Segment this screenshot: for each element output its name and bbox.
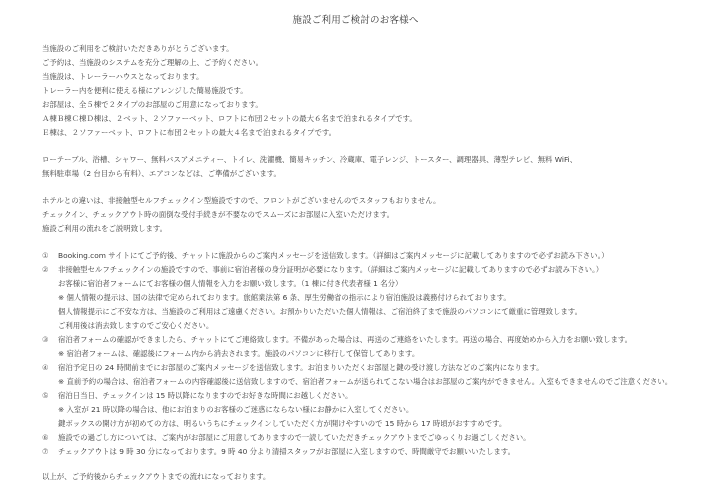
step-4-line: 宿泊予定日の 24 時間前までにお部屋のご案内メッセージを送信致します。お泊まり… <box>58 363 543 373</box>
step-3-line: 宿泊者フォームの確認ができましたら、チャットにてご連絡致します。不備があった場合… <box>58 335 632 345</box>
document-page: 施設ご利用ご検討のお客様へ 当施設のご利用をご検討いただきありがとうございます。… <box>0 0 711 500</box>
step-number-6: ⑥ <box>42 433 49 443</box>
differences-line: チェックイン、チェックアウト時の面倒な受付手続きが不要なのでスムーズにお部屋に入… <box>42 210 394 220</box>
step-5-line: 鍵ボックスの開け方が初めての方は、明るいうちにチェックインしていただく方が開けや… <box>58 419 506 429</box>
page-title: 施設ご利用ご検討のお客様へ <box>0 12 711 26</box>
step-number-4: ④ <box>42 363 49 373</box>
step-2-line: 個人情報提示にご不安な方は、当施設のご利用はご遠慮ください。お預かりいただいた個… <box>58 307 582 317</box>
differences-line: ホテルとの違いは、非接触型セルフチェックイン型施設ですので、フロントがございませ… <box>42 196 440 206</box>
differences-line: 施設ご利用の流れをご説明致します。 <box>42 224 167 234</box>
intro-line: トレーラー内を便利に使える様にアレンジした簡易施設です。 <box>42 86 248 96</box>
intro-line: Ａ棟Ｂ棟Ｃ棟Ｄ棟は、２ベット、２ソファーベット、ロフトに布団２セットの最大６名ま… <box>42 114 417 124</box>
intro-line: ご予約は、当施設のシステムを充分ご理解の上、ご予約ください。 <box>42 58 263 68</box>
step-6-line: 施設での過ごし方については、ご案内がお部屋にご用意してありますので一読していただ… <box>58 433 531 443</box>
amenities-line: ローテーブル、浴槽、シャワー、無料バスアメニティー、トイレ、洗濯機、簡易キッチン… <box>42 155 577 165</box>
intro-line: Ｅ棟は、２ソファーベット、ロフトに布団２セットの最大４名まで泊まれるタイプです。 <box>42 128 336 138</box>
step-number-5: ⑤ <box>42 391 49 401</box>
step-5-note: ※ 入室が 21 時以降の場合は、他にお泊まりのお客様のご迷惑にならない様にお静… <box>58 405 413 415</box>
step-number-7: ⑦ <box>42 447 49 457</box>
step-2-note: ※ 個人情報の提示は、国の法律で定められております。旅館業法第 6 条、厚生労働… <box>58 293 511 303</box>
step-4-note: ※ 直前予約の場合は、宿泊者フォームの内容確認後に送信致しますので、宿泊者フォー… <box>58 377 672 387</box>
step-number-3: ③ <box>42 335 49 345</box>
amenities-line: 無料駐車場（2 台目から有料）、エアコンなどは、ご準備がございます。 <box>42 169 281 179</box>
intro-line: お部屋は、全５棟で２タイプのお部屋のご用意になっております。 <box>42 100 263 110</box>
step-2-line: お客様に宿泊者フォームにてお客様の個人情報を入力をお願い致します。（1 棟に付き… <box>58 279 402 289</box>
closing-line: 以上が、ご予約後からチェックアウトまでの流れになっております。 <box>42 472 270 482</box>
step-number-1: ① <box>42 251 49 261</box>
step-2-line: ご利用後は消去致しますのでご安心ください。 <box>58 321 213 331</box>
step-number-2: ② <box>42 265 49 275</box>
step-3-note: ※ 宿泊者フォームは、確認後にフォーム内から消去されます。施設のパソコンに移行し… <box>58 349 419 359</box>
step-1-line: Booking.com サイトにてご予約後、チャットに施設からのご案内メッセージ… <box>58 251 609 261</box>
step-2-line: 非接触型セルフチェックインの施設ですので、事前に宿泊者様の身分証明が必要になりま… <box>58 265 603 275</box>
intro-line: 当施設のご利用をご検討いただきありがとうございます。 <box>42 44 234 54</box>
intro-line: 当施設は、トレーラーハウスとなっております。 <box>42 72 203 82</box>
step-5-line: 宿泊日当日、チェックインは 15 時以降になりますのでお好きな時間にお越しくださ… <box>58 391 352 401</box>
step-7-line: チェックアウトは 9 時 30 分になっております。9 時 40 分より清掃スタ… <box>58 447 515 457</box>
